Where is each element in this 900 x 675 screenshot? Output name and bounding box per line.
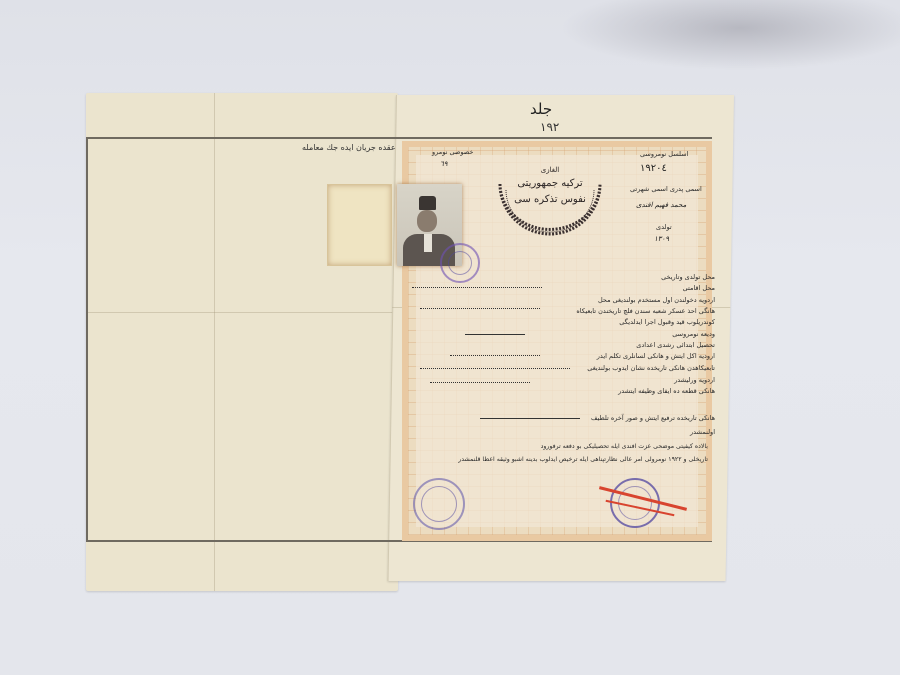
field-label: تابعیكاهدن هانكی تاریخده نشان ایدوب بولن… bbox=[587, 364, 715, 372]
field-label: هانكی تاریخده ترفیع ایتش و صور آخره تلطی… bbox=[591, 414, 715, 422]
special-number-label: خصوصی نومرو bbox=[432, 148, 473, 156]
name-label: اسمی پدری اسمی شهرتی bbox=[630, 185, 702, 193]
field-label: اردویه دخولندن اول مستخدم بولندیغی محل bbox=[598, 296, 715, 304]
tughra-line-1: الغازی bbox=[541, 166, 560, 174]
background-shadow bbox=[560, 0, 900, 70]
serial-number-value: ١٩٢٠٤ bbox=[640, 163, 667, 174]
handwritten-entry bbox=[480, 418, 580, 420]
photo-imprint-stain bbox=[327, 184, 392, 266]
field-label: ودیعه نومروسی bbox=[672, 330, 715, 338]
field-label: كوندریلوب قید وقبول اجرا ایدلدیگی bbox=[619, 318, 715, 326]
tughra-line-2: تركیه جمهوریتی bbox=[517, 178, 583, 189]
handwritten-entry bbox=[412, 287, 542, 289]
handwritten-entry bbox=[420, 368, 570, 370]
handwritten-entry bbox=[420, 308, 540, 310]
collar bbox=[424, 234, 432, 252]
closing-line-1: بالاده كیفیتی موضحی عزت افندی ایله تحصیل… bbox=[408, 443, 708, 450]
special-number-value: ٦٩ bbox=[440, 160, 448, 168]
photo-seal-stamp bbox=[440, 243, 480, 283]
field-label: محل تولدی وتاریخی bbox=[661, 273, 715, 281]
field-label: اولنمشدر bbox=[690, 428, 715, 436]
face bbox=[417, 210, 437, 232]
official-seal-left bbox=[413, 478, 465, 530]
name-value: محمد فهیم افندی bbox=[636, 201, 686, 209]
left-page-note: عقده جریان ایده جك معامله bbox=[302, 143, 396, 152]
volume-label: جلد bbox=[530, 100, 552, 118]
handwritten-entry bbox=[430, 382, 530, 384]
field-label: هانكی قطعه ده ایفای وظیفه ایتشدر bbox=[618, 387, 715, 395]
tughra-line-3: نفوس تذكره سی bbox=[514, 194, 586, 205]
birth-label: تولدی bbox=[656, 223, 672, 231]
serial-number-label: اسلسل نومروسی bbox=[640, 150, 688, 158]
closing-line-2: تاریخلی و ١٩٢٢ نومرولی امر عالی نظارتپنا… bbox=[408, 456, 708, 463]
fez-icon bbox=[419, 196, 436, 210]
birth-value: ١٣٠٩ bbox=[654, 235, 669, 243]
field-label: اردویه ورلیشدر bbox=[674, 376, 715, 384]
volume-number: ١٩٢ bbox=[540, 120, 559, 134]
field-label: محل اقامتی bbox=[683, 284, 715, 292]
field-label: ارودیه اكل ایتش و هانكی لسانلری تكلم اید… bbox=[597, 352, 715, 360]
handwritten-entry bbox=[450, 355, 540, 357]
field-label: هانگی احذ عسکر شعبه سندن فلچ تاریخندن تا… bbox=[576, 307, 715, 315]
tughra-crescent-emblem: الغازی تركیه جمهوریتی نفوس تذكره سی bbox=[494, 160, 606, 252]
handwritten-entry bbox=[465, 334, 525, 336]
field-label: تحصیل ابتدائی رشدی اعدادی bbox=[636, 341, 715, 349]
